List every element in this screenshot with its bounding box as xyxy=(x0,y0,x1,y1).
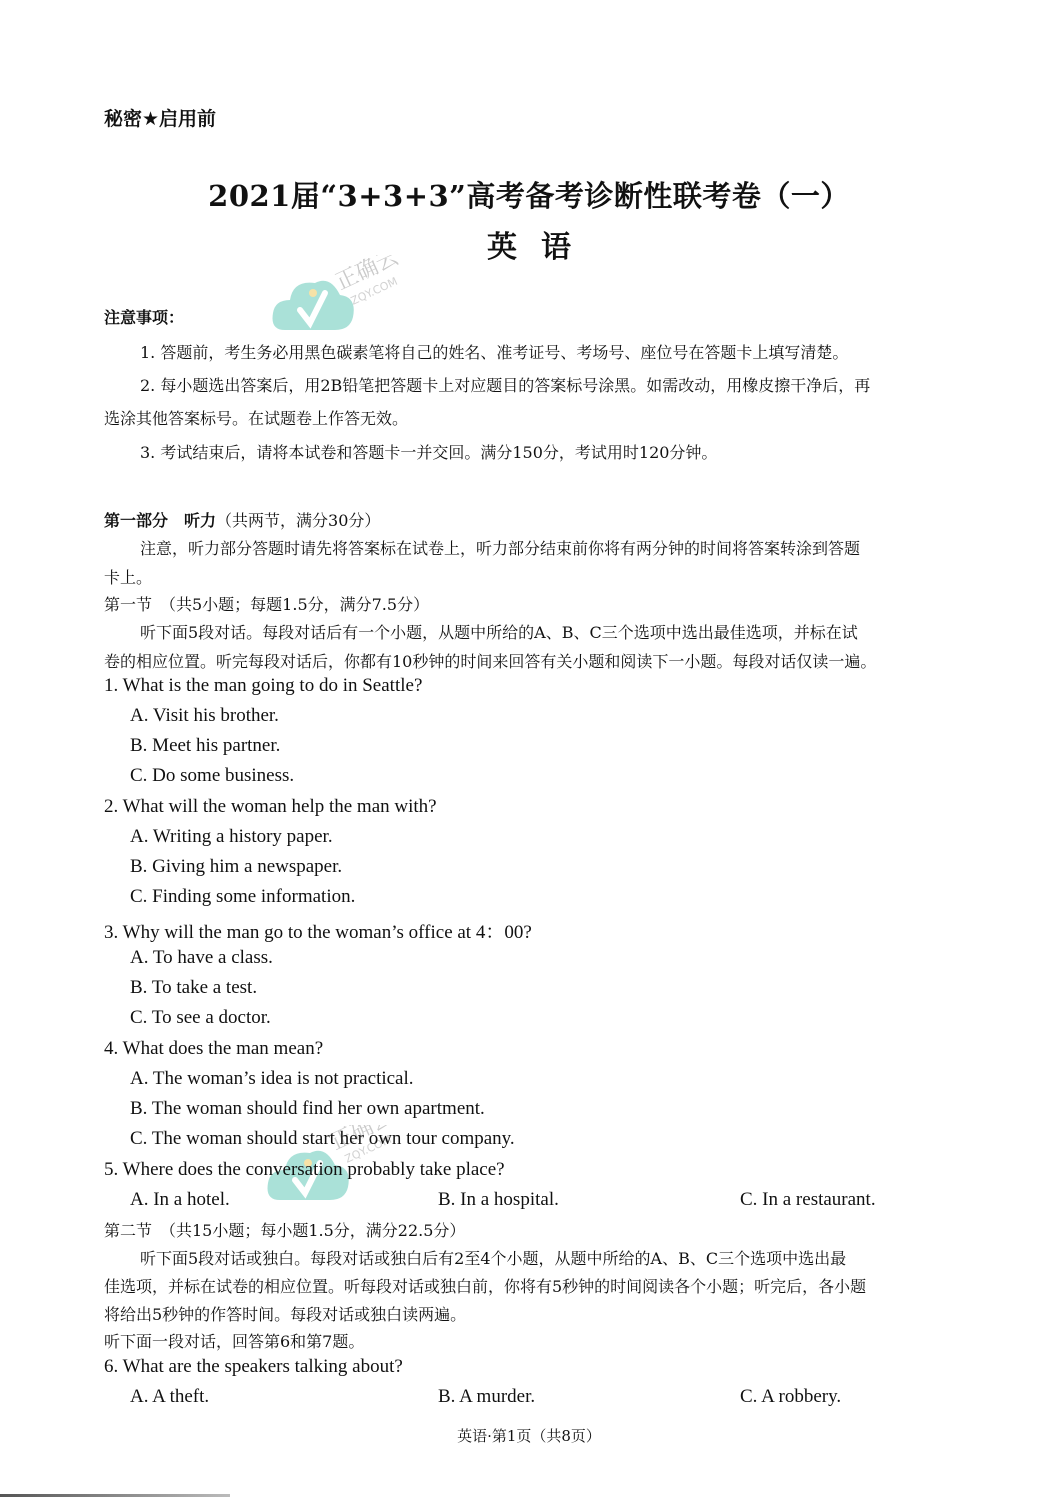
subject-title: 英语 xyxy=(0,222,1058,266)
q2-option-c: C. Finding some information. xyxy=(130,886,355,908)
question-3: 3. Why will the man go to the woman’s of… xyxy=(104,917,532,944)
section2-sub-instr: 听下面一段对话，回答第6和第7题。 xyxy=(104,1329,364,1352)
section2-instr-line2: 佳选项，并标在试卷的相应位置。听每段对话或独白前，你将有5秒钟的时间阅读各个小题… xyxy=(104,1274,866,1297)
question-4: 4. What does the man mean? xyxy=(104,1038,323,1060)
q1-option-b: B. Meet his partner. xyxy=(130,735,280,757)
confidential-label: 秘密★启用前 xyxy=(104,104,216,131)
notice-item-1: 1. 答题前，考生务必用黑色碳素笔将自己的姓名、准考证号、考场号、座位号在答题卡… xyxy=(140,340,848,363)
q4-option-b: B. The woman should find her own apartme… xyxy=(130,1098,485,1120)
question-1: 1. What is the man going to do in Seattl… xyxy=(104,675,422,697)
section1-instr-line1: 听下面5段对话。每段对话后有一个小题，从题中所给的A、B、C三个选项中选出最佳选… xyxy=(140,620,858,643)
q3-option-a: A. To have a class. xyxy=(130,947,273,969)
notice-item-3: 3. 考试结束后，请将本试卷和答题卡一并交回。满分150分，考试用时120分钟。 xyxy=(140,440,717,463)
section2-heading: 第二节 （共15小题；每小题1.5分，满分22.5分） xyxy=(104,1218,465,1241)
page-footer: 英语·第1页（共8页） xyxy=(0,1425,1058,1446)
part1-note-line1: 注意，听力部分答题时请先将答案标在试卷上，听力部分结束前你将有两分钟的时间将答案… xyxy=(140,536,860,559)
q5-option-b: B. In a hospital. xyxy=(438,1189,559,1211)
exam-title: 2021届“3+3+3”高考备考诊断性联考卷（一） xyxy=(0,174,1058,215)
q6-option-a: A. A theft. xyxy=(130,1386,209,1408)
q4-option-c: C. The woman should start her own tour c… xyxy=(130,1128,515,1150)
section2-instr-line3: 将给出5秒钟的作答时间。每段对话或独白读两遍。 xyxy=(104,1302,466,1325)
question-5: 5. Where does the conversation probably … xyxy=(104,1159,505,1181)
part1-note-line2: 卡上。 xyxy=(104,565,152,588)
q6-option-b: B. A murder. xyxy=(438,1386,535,1408)
q4-option-a: A. The woman’s idea is not practical. xyxy=(130,1068,414,1090)
question-2: 2. What will the woman help the man with… xyxy=(104,796,437,818)
question-6: 6. What are the speakers talking about? xyxy=(104,1356,403,1378)
cloud-check-icon: 正确云 ZQY.COM xyxy=(265,255,425,345)
notice-item-2-cont: 选涂其他答案标号。在试题卷上作答无效。 xyxy=(104,406,408,429)
q5-option-c: C. In a restaurant. xyxy=(740,1189,876,1211)
notice-item-2: 2. 每小题选出答案后，用2B铅笔把答题卡上对应题目的答案标号涂黑。如需改动，用… xyxy=(140,373,870,396)
q6-option-c: C. A robbery. xyxy=(740,1386,841,1408)
part1-heading-rest: （共两节，满分30分） xyxy=(216,511,380,530)
q5-option-a: A. In a hotel. xyxy=(130,1189,230,1211)
section2-instr-line1: 听下面5段对话或独白。每段对话或独白后有2至4个小题，从题中所给的A、B、C三个… xyxy=(140,1246,846,1269)
notice-heading: 注意事项： xyxy=(104,305,184,328)
q2-option-a: A. Writing a history paper. xyxy=(130,826,333,848)
part1-heading: 第一部分 听力（共两节，满分30分） xyxy=(104,508,380,531)
part1-heading-bold: 第一部分 听力 xyxy=(104,511,216,530)
q1-option-a: A. Visit his brother. xyxy=(130,705,279,727)
q2-option-b: B. Giving him a newspaper. xyxy=(130,856,342,878)
q3-option-c: C. To see a doctor. xyxy=(130,1007,271,1029)
section1-instr-line2: 卷的相应位置。听完每段对话后，你都有10秒钟的时间来回答有关小题和阅读下一小题。… xyxy=(104,649,876,672)
q1-option-c: C. Do some business. xyxy=(130,765,294,787)
section1-heading: 第一节 （共5小题；每题1.5分，满分7.5分） xyxy=(104,592,429,615)
watermark-logo-top: 正确云 ZQY.COM xyxy=(265,255,425,345)
q3-option-b: B. To take a test. xyxy=(130,977,257,999)
